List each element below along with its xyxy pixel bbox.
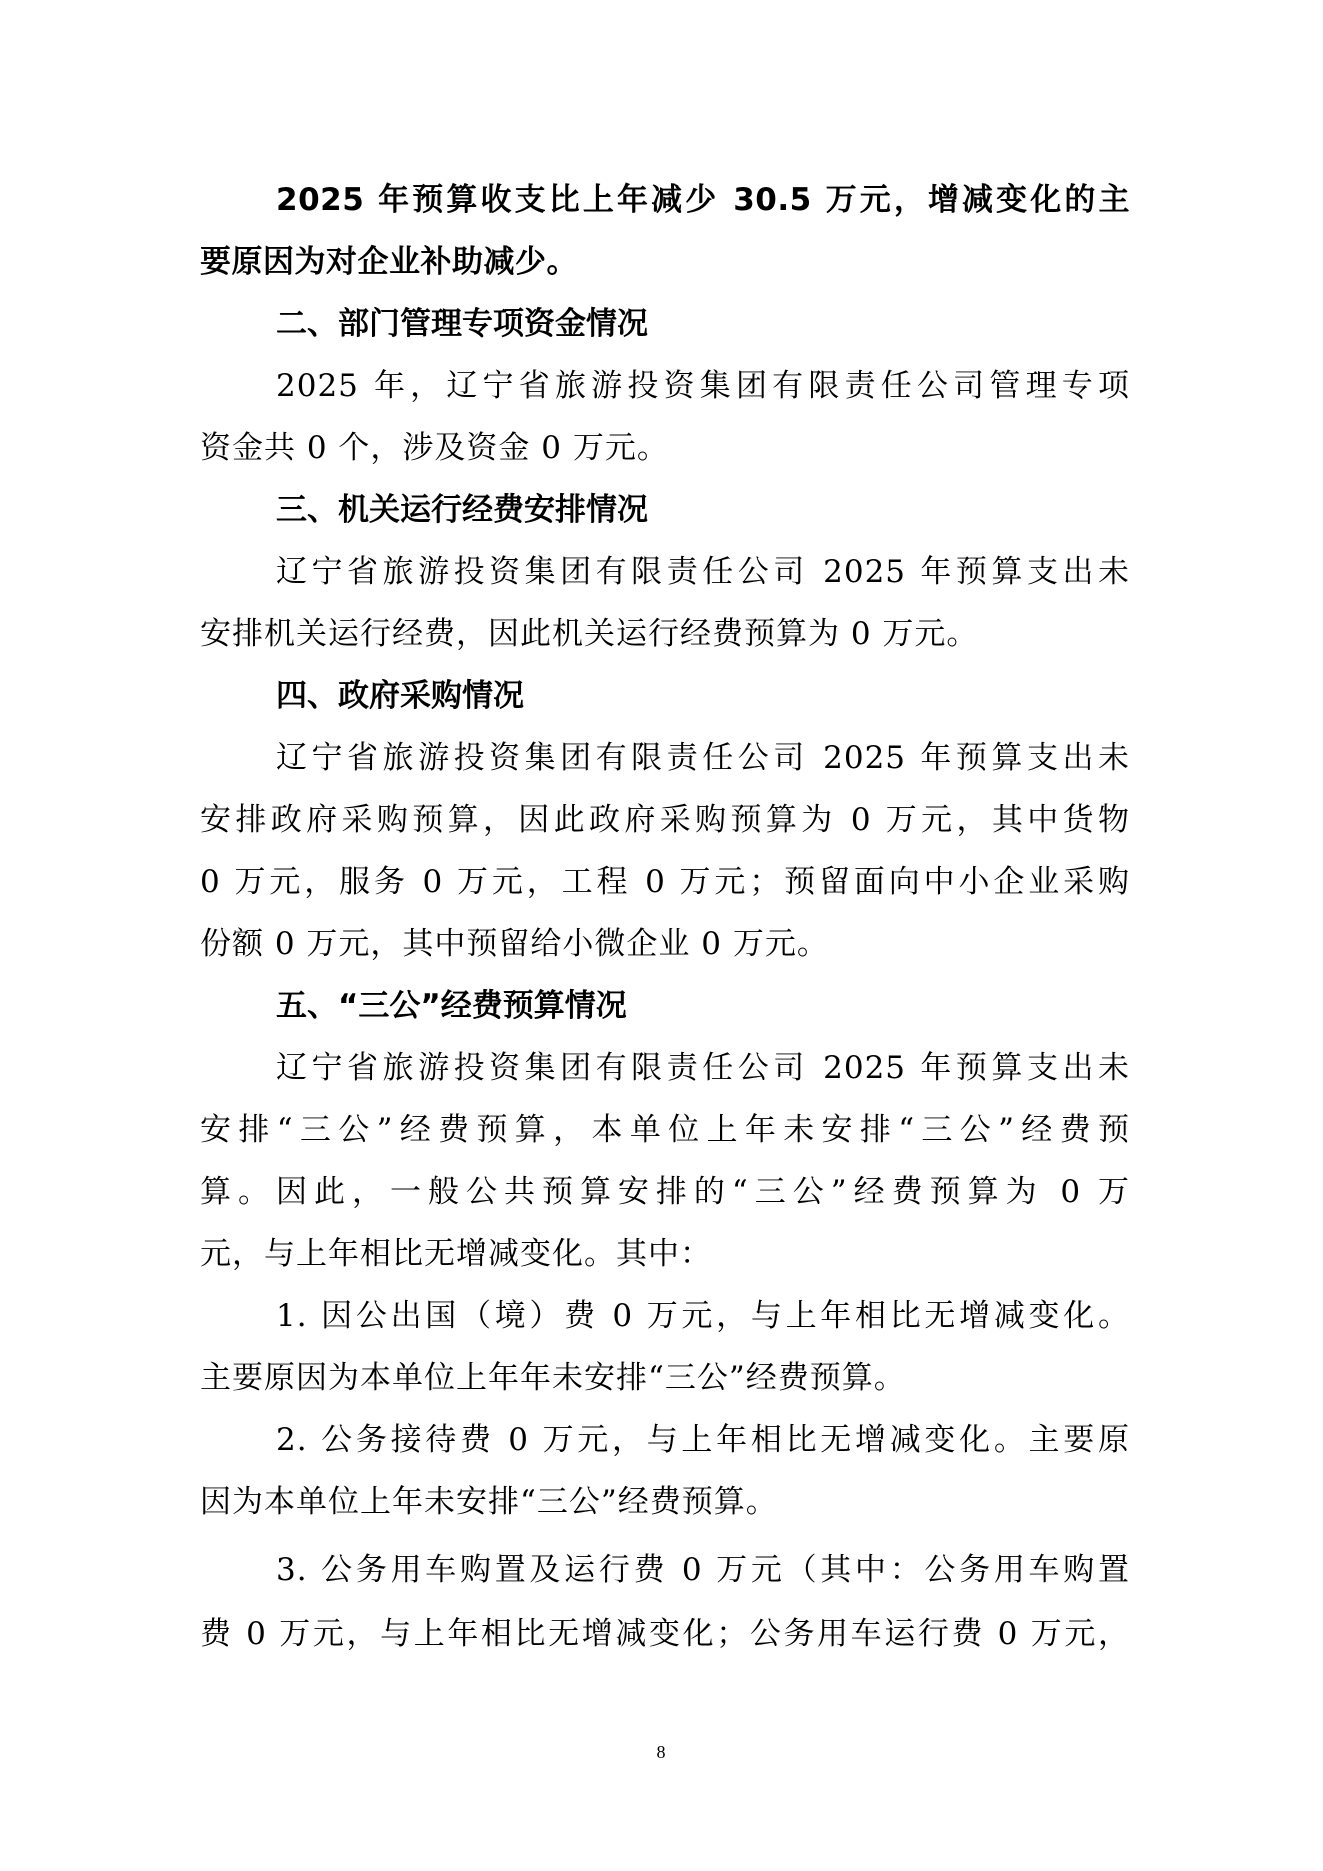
page-number: 8 (651, 1742, 671, 1763)
section-3-heading: 三、机关运行经费安排情况 (276, 490, 648, 530)
section-2-line-1: 2025 年，辽宁省旅游投资集团有限责任公司管理专项 (276, 366, 1130, 406)
item-2-line-2: 因为本单位上年未安排“三公”经费预算。 (200, 1482, 1130, 1522)
section-5-heading: 五、“三公”经费预算情况 (276, 986, 627, 1026)
item-1-line-2: 主要原因为本单位上年年未安排“三公”经费预算。 (200, 1358, 1130, 1398)
intro-line-2: 要原因为对企业补助减少。 (200, 242, 1130, 282)
section-5-line-3: 算。因此，一般公共预算安排的“三公”经费预算为 0 万 (200, 1172, 1130, 1212)
section-3-line-2: 安排机关运行经费，因此机关运行经费预算为 0 万元。 (200, 614, 1130, 654)
section-5-line-2: 安排“三公”经费预算，本单位上年未安排“三公”经费预 (200, 1110, 1130, 1150)
item-3-line-1: 3. 公务用车购置及运行费 0 万元（其中：公务用车购置 (276, 1550, 1130, 1590)
intro-line-1: 2025 年预算收支比上年减少 30.5 万元，增减变化的主 (276, 180, 1130, 220)
section-4-heading: 四、政府采购情况 (276, 676, 524, 716)
item-1-line-1: 1. 因公出国（境）费 0 万元，与上年相比无增减变化。 (276, 1296, 1130, 1336)
section-3-line-1: 辽宁省旅游投资集团有限责任公司 2025 年预算支出未 (276, 552, 1130, 592)
section-4-line-3: 0 万元，服务 0 万元，工程 0 万元；预留面向中小企业采购 (200, 862, 1130, 902)
section-2-line-2: 资金共 0 个，涉及资金 0 万元。 (200, 428, 1130, 468)
item-2-line-1: 2. 公务接待费 0 万元，与上年相比无增减变化。主要原 (276, 1420, 1130, 1460)
document-page: 2025 年预算收支比上年减少 30.5 万元，增减变化的主 要原因为对企业补助… (0, 0, 1323, 1871)
item-3-line-2: 费 0 万元，与上年相比无增减变化；公务用车运行费 0 万元， (200, 1614, 1130, 1654)
section-5-line-4: 元，与上年相比无增减变化。其中： (200, 1234, 1130, 1274)
section-4-line-4: 份额 0 万元，其中预留给小微企业 0 万元。 (200, 924, 1130, 964)
section-4-line-1: 辽宁省旅游投资集团有限责任公司 2025 年预算支出未 (276, 738, 1130, 778)
section-4-line-2: 安排政府采购预算，因此政府采购预算为 0 万元，其中货物 (200, 800, 1130, 840)
section-5-line-1: 辽宁省旅游投资集团有限责任公司 2025 年预算支出未 (276, 1048, 1130, 1088)
section-2-heading: 二、部门管理专项资金情况 (276, 304, 648, 344)
